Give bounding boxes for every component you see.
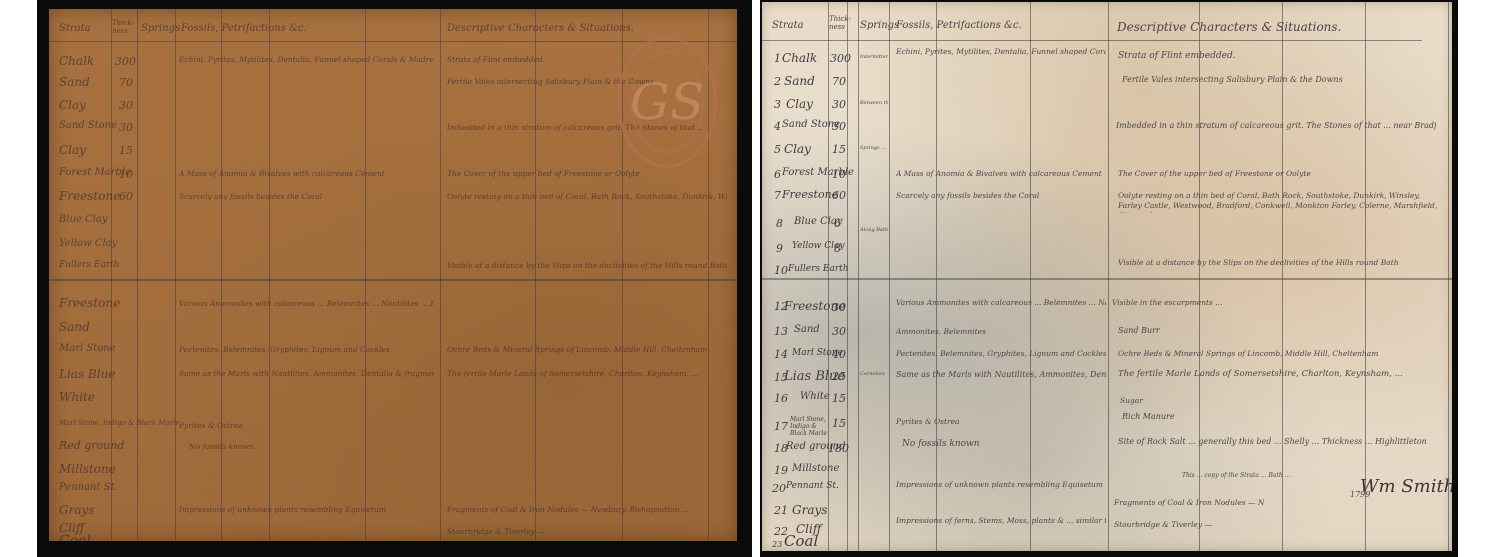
strata-name: Sand [784, 74, 815, 88]
thickness-value: 60 [832, 189, 846, 202]
strata-name: Yellow Clay [59, 238, 117, 249]
thickness-value: 60 [119, 190, 133, 203]
seal-monogram: GS [630, 73, 704, 131]
header-fossils: Fossils, Petrifactions &c. [896, 20, 1022, 31]
header-fossils: Fossils, Petrifactions &c. [181, 23, 307, 34]
description-entry: Fertile Vales intersecting Salisbury Pla… [1122, 75, 1442, 84]
header-springs: Springs [860, 20, 899, 31]
header-thickness: Thick-ness [112, 19, 136, 35]
thickness-value: 180 [828, 442, 849, 455]
thickness-value: 30 [832, 98, 846, 111]
fossils-entry: Echini, Pyrites, Mytilites, Dentalia, Fu… [896, 47, 1106, 56]
description-entry: Oolyte resting on a thin bed of Coral, B… [1118, 191, 1438, 213]
original-document-panel: Strata Thick-ness Springs Fossils, Petri… [37, 0, 752, 557]
strata-name: Fullers Earth [59, 260, 120, 270]
description-entry: Stourbridge & Tiverley — [447, 527, 727, 536]
fossils-entry: Pyrites & Ostrea [179, 421, 434, 430]
thickness-value: 15 [832, 143, 846, 156]
fossils-entry: No fossils known [189, 442, 434, 451]
description-entry: Ochre Beds & Mineral Springs of Lincomb,… [1118, 349, 1438, 358]
springs-entry: Intermittent on the Downs [860, 54, 888, 60]
signature-note: This ... copy of the Strata ... Bath ... [1182, 472, 1332, 479]
header-strata: Strata [772, 20, 804, 31]
column-rule [365, 9, 366, 541]
description-entry: The fertile Marle Lands of Somersetshire… [447, 369, 727, 378]
strata-name: White [59, 390, 95, 404]
column-rule [535, 9, 536, 541]
column-rule [1282, 2, 1283, 551]
strata-name: Sand [59, 320, 90, 334]
thickness-value: 30 [832, 325, 846, 338]
column-rule [847, 2, 848, 551]
restored-document-paper: Strata Thick-ness Springs Fossils, Petri… [762, 2, 1452, 551]
column-rule [440, 9, 441, 541]
strata-number: 14 [774, 348, 788, 361]
description-entry: Visible in the escarpments ... [1112, 298, 1442, 307]
strata-number: 7 [774, 189, 781, 202]
column-rule [221, 9, 222, 541]
fossils-entry: Scarcely any fossils besides the Coral [179, 192, 434, 201]
description-entry: Stourbridge & Tiverley — [1114, 520, 1264, 529]
column-rule [858, 2, 859, 551]
strata-name: Coal [784, 532, 818, 550]
strata-name: Clay [786, 97, 813, 111]
thickness-value: 8 [834, 242, 841, 255]
fossils-entry: Pectenites, Belemnites, Gryphites, Lignu… [896, 349, 1106, 358]
column-rule [175, 9, 176, 541]
strata-number: 10 [774, 264, 788, 277]
strata-number: 3 [774, 98, 781, 111]
description-entry: Oolyte resting on a thin bed of Coral, B… [447, 192, 727, 201]
strata-name: Pennant St. [59, 482, 118, 493]
header-strata: Strata [59, 23, 91, 34]
strata-name: Sand [59, 75, 90, 89]
strata-name: Sand [794, 324, 820, 335]
thickness-value: 10 [832, 168, 846, 181]
fossils-entry: Same as the Marls with Nautilites, Ammon… [179, 369, 434, 378]
strata-name: Millstone [792, 463, 839, 474]
strata-name: Freestone [59, 296, 120, 310]
thickness-value: 15 [832, 392, 846, 405]
seal-stamp: GS [617, 36, 717, 168]
strata-name: Red ground [59, 439, 124, 452]
description-entry: The Cover of the upper bed of Freestone … [447, 169, 702, 178]
strata-name: Grays [59, 503, 94, 517]
strata-number: 9 [776, 242, 783, 255]
strata-name: Fullers Earth [788, 264, 849, 274]
thickness-value: 30 [832, 301, 846, 314]
strata-number: 5 [774, 143, 781, 156]
strata-name: Marl Stone, Indigo & Black Marle [790, 416, 828, 437]
column-rule [137, 9, 138, 541]
strata-number: 20 [772, 482, 786, 495]
strata-name: White [800, 391, 830, 402]
column-rule [1365, 2, 1366, 551]
header-descriptions: Descriptive Characters & Situations. [447, 23, 634, 34]
strata-name: Clay [59, 143, 86, 157]
strata-name: Chalk [782, 51, 817, 65]
strata-name: Clay [784, 142, 811, 156]
strata-name: Chalk [59, 54, 94, 68]
header-springs: Springs [141, 23, 180, 34]
description-entry: Fragments of Coal & Iron Nodules — Newbu… [1114, 498, 1264, 507]
fossils-entry: Scarcely any fossils besides the Coral [896, 191, 1106, 200]
strata-number: 16 [774, 392, 788, 405]
springs-entry: Cornelian [860, 371, 888, 377]
thickness-value: 25 [832, 370, 846, 383]
fossils-entry: Various Ammonites with calcareous ... Be… [179, 299, 434, 308]
strata-number: 1 [774, 52, 781, 65]
strata-number: 19 [774, 464, 788, 477]
column-rule [1448, 2, 1449, 551]
thickness-value: 40 [832, 348, 846, 361]
strata-name: Grays [792, 503, 827, 517]
header-rule [49, 41, 737, 42]
fossils-entry: Pectenites, Belemnites, Gryphites, Lignu… [179, 345, 434, 354]
springs-entry: Along Bath [860, 227, 888, 233]
fossils-entry: Ammonites, Belemnites [896, 327, 1106, 336]
description-entry: Site of Rock Salt ... generally this bed… [1118, 437, 1438, 446]
fossils-entry: A Mass of Anomia & Bivalves with calcare… [179, 169, 434, 178]
column-rule [936, 2, 937, 551]
description-entry: Visible at a distance by the Slips on th… [447, 261, 727, 270]
fossils-entry: Same as the Marls with Nautilites, Ammon… [896, 370, 1106, 379]
signature-year: 1799 [1350, 490, 1370, 499]
strata-name: Clay [59, 98, 86, 112]
thickness-value: 15 [832, 417, 846, 430]
strata-number: 23 [772, 540, 782, 549]
header-thickness: Thick-ness [829, 15, 847, 31]
thickness-value: 300 [830, 52, 851, 65]
strata-name: Marl Stone [59, 343, 116, 354]
strata-name: Millstone [59, 462, 116, 476]
fossils-entry: Various Ammonites with calcareous ... Be… [896, 298, 1106, 307]
seal-inner-ring: GS [630, 51, 704, 153]
fossils-entry: Echini, Pyrites, Mytilites, Dentalia, Fu… [179, 55, 434, 64]
strata-name: Freestone [59, 189, 120, 203]
fossils-entry: Impressions of ferns, Stems, Moss, plant… [896, 516, 1106, 525]
column-rule [889, 2, 890, 551]
strata-number: 8 [776, 217, 783, 230]
column-rule [269, 9, 270, 541]
fold-line [762, 278, 1452, 280]
thickness-value: 30 [119, 99, 133, 112]
strata-name: Pennant St. [786, 481, 839, 491]
fossils-entry: Impressions of unknown plants resembling… [179, 505, 434, 514]
thickness-value: 10 [119, 168, 133, 181]
original-document-paper: Strata Thick-ness Springs Fossils, Petri… [49, 9, 737, 541]
fold-line [49, 279, 737, 281]
description-entry: Imbedded in a thin stratum of calcareous… [1116, 121, 1436, 130]
fossils-entry: No fossils known [902, 439, 1106, 449]
thickness-value: 300 [115, 55, 136, 68]
thickness-value: 30 [832, 120, 846, 133]
description-entry: Fragments of Coal & Iron Nodules — Newbu… [447, 505, 727, 514]
description-entry: Strata of Flint embedded. [1118, 51, 1438, 61]
fossils-entry: Impressions of unknown plants resembling… [896, 480, 1106, 489]
description-entry: Sugar [1120, 396, 1220, 405]
signature: Wm Smith [1360, 476, 1452, 497]
column-rule [1030, 2, 1031, 551]
thickness-value: 15 [119, 144, 133, 157]
description-entry: Ochre Beds & Mineral Springs of Lincomb,… [447, 345, 727, 354]
column-rule [1199, 2, 1200, 551]
column-rule [1108, 2, 1109, 551]
strata-name: Blue Clay [59, 214, 108, 225]
strata-name: Coal [59, 533, 91, 541]
strata-number: 6 [774, 168, 781, 181]
header-descriptions: Descriptive Characters & Situations. [1117, 20, 1341, 34]
header-rule [762, 40, 1422, 41]
description-entry: Visible at a distance by the Slips on th… [1118, 258, 1438, 267]
springs-entry: Springs ... Bradford & Bath [860, 145, 888, 151]
fossils-entry: Pyrites & Ostrea [896, 417, 1106, 426]
description-entry: Rich Manure [1122, 412, 1222, 421]
strata-number: 2 [774, 75, 781, 88]
strata-number: 13 [774, 325, 788, 338]
thickness-value: 6 [834, 217, 841, 230]
thickness-value: 70 [119, 76, 133, 89]
strata-number: 4 [774, 120, 781, 133]
strata-name: Lias Blue [59, 367, 115, 381]
strata-name: Sand Stone [59, 120, 117, 131]
fossils-entry: A Mass of Anomia & Bivalves with calcare… [896, 169, 1106, 178]
description-entry: The Cover of the upper bed of Freestone … [1118, 169, 1438, 178]
strata-name: Freestone [782, 188, 838, 201]
strata-number: 21 [774, 504, 788, 517]
strata-number: 17 [774, 420, 788, 433]
description-entry: The fertile Marle Lands of Somersetshire… [1118, 369, 1438, 379]
description-entry: Sand Burr [1118, 326, 1438, 335]
springs-entry: Between the Clay & Sand, Bath... [860, 100, 888, 106]
thickness-value: 30 [119, 121, 133, 134]
thickness-value: 70 [832, 75, 846, 88]
strata-name: Marl Stone, Indigo & Black Marle [59, 419, 179, 427]
restored-document-panel: Strata Thick-ness Springs Fossils, Petri… [760, 0, 1458, 557]
